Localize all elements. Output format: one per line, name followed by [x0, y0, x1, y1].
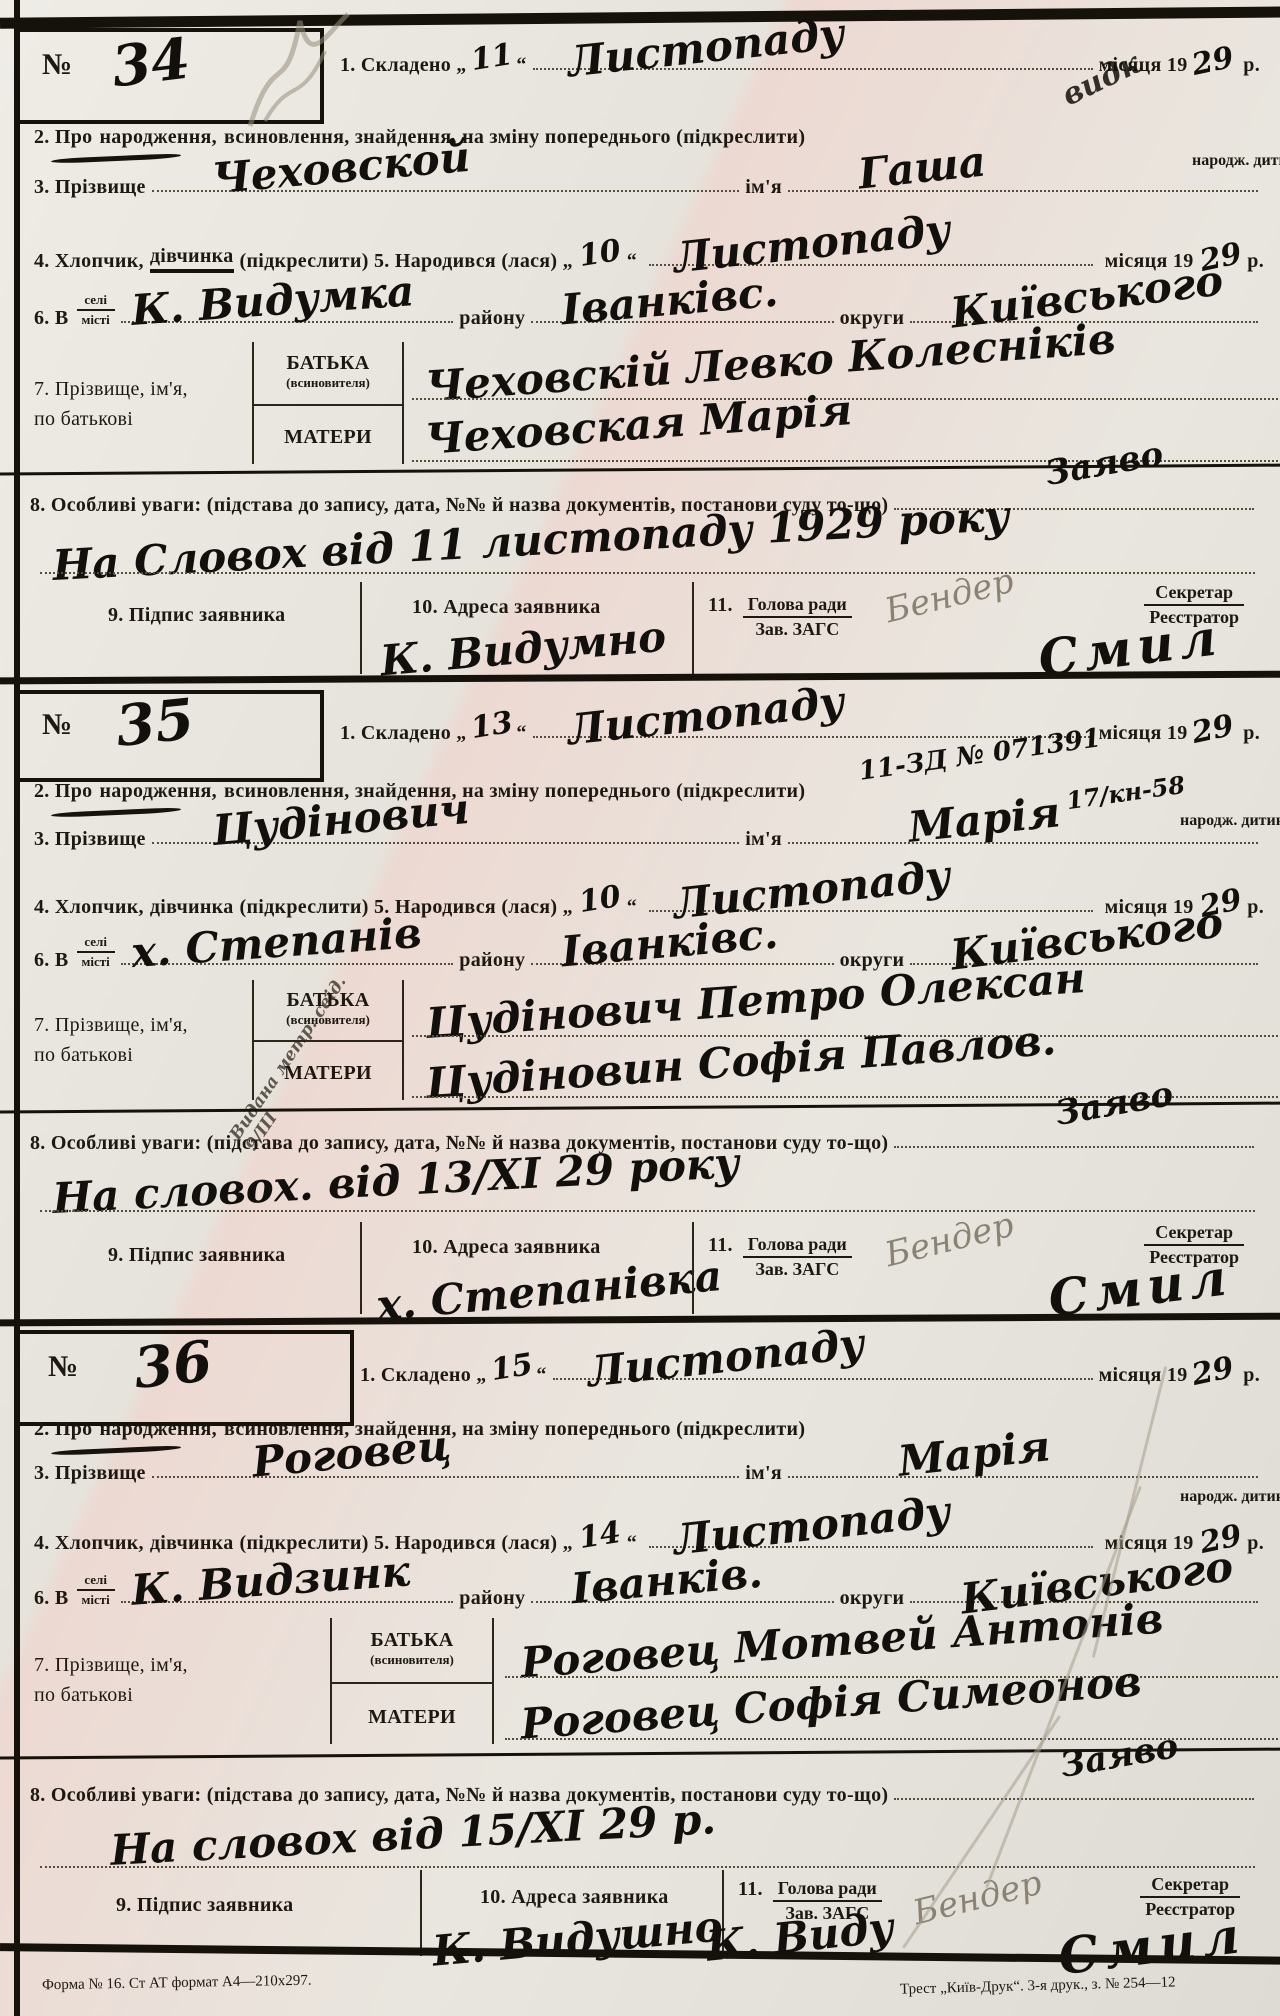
rayon-label: району [459, 307, 525, 330]
composed-row: 1. Складено „ 13 “ Листопаду місяця 19 2… [340, 708, 1260, 745]
in-label: 6. В [34, 949, 69, 972]
mother-label: МАТЕРИ [332, 1684, 492, 1729]
surname-label: 3. Прізвище [34, 1462, 146, 1485]
row-born: 4. Хлопчик, дівчинка (підкреслити) 5. На… [34, 236, 1264, 273]
record-36: № 36 1. Складено „ 15 “ Листопаду місяця… [0, 1322, 1280, 1957]
no-label: № [42, 708, 72, 742]
sex-label-girl: дівчинка [150, 896, 234, 919]
quote-mark: “ [516, 722, 526, 745]
composed-label: 1. Складено „ [360, 1364, 487, 1387]
sex-label-pre: 4. Хлопчик, [34, 896, 144, 919]
composed-month: Листопаду [585, 1319, 866, 1397]
quote-mark: “ [516, 54, 526, 77]
born-month: Листопаду [671, 205, 952, 283]
name-label: ім'я [745, 828, 782, 851]
year-suffix: р. [1243, 722, 1260, 745]
village-town-fraction: селімісті [77, 934, 115, 970]
no-label: № [48, 1350, 78, 1384]
child-note: народж. дитини [1180, 1488, 1280, 1506]
parents-box: БАТЬКА (всиновителя) МАТЕРИ [252, 980, 404, 1100]
address-handwritten: К. Видушно [430, 1901, 724, 1975]
year-suffix: р. [1247, 250, 1264, 273]
composed-label: 1. Складено „ [340, 54, 467, 77]
rayon-handwritten: Іванків. [570, 1548, 765, 1614]
composed-day: 11 [468, 37, 515, 78]
top-border [0, 6, 1280, 28]
row-parents: 7. Прізвище, ім'я, по батькові Видана ме… [0, 980, 1280, 1100]
composed-year: 29 [1188, 1350, 1236, 1393]
record-35: № 35 1. Складено „ 13 “ Листопаду місяця… [0, 682, 1280, 1322]
type-label-birth: народження, [99, 1418, 216, 1441]
parents-label-2: по батькові [34, 404, 188, 434]
row-name: 3. Прізвище Роговец ім'я Марія [34, 1462, 1264, 1485]
type-label-birth: народження, [99, 126, 216, 149]
mother-label: МАТЕРИ [254, 406, 402, 449]
row-signatures: 9. Підпис заявника 10. Адреса заявника х… [20, 1222, 1280, 1314]
name-handwritten: Марія [896, 1421, 1053, 1486]
row-born: 4. Хлопчик, дівчинка (підкреслити) 5. На… [34, 1518, 1264, 1555]
born-day: 10 [577, 233, 624, 274]
sex-label-pre: 4. Хлопчик, [34, 1532, 144, 1555]
composed-year: 29 [1188, 708, 1236, 751]
year-suffix: р. [1243, 54, 1260, 77]
okruha-label: округи [840, 307, 905, 330]
father-sublabel: (всиновителя) [332, 1652, 492, 1668]
quote-mark: “ [536, 1364, 546, 1387]
month-of-label: місяця 19 [1099, 1364, 1188, 1387]
father-sublabel: (всиновителя) [254, 1012, 402, 1028]
item-11-label: 11. [708, 1234, 733, 1257]
parents-box: БАТЬКА (всиновителя) МАТЕРИ [330, 1618, 494, 1744]
record-number-handwritten: 34 [108, 25, 193, 100]
sex-label-girl: дівчинка [150, 1532, 234, 1555]
in-label: 6. В [34, 307, 69, 330]
surname-label: 3. Прізвище [34, 176, 146, 199]
parents-box: БАТЬКА (всиновителя) МАТЕРИ [252, 342, 404, 464]
type-label-birth: народження, [99, 780, 216, 803]
composed-row: 1. Складено „ 15 “ Листопаду місяця 19 2… [360, 1350, 1260, 1387]
child-note: народж. дитини [1192, 152, 1280, 170]
name-label: ім'я [745, 1462, 782, 1485]
born-day: 10 [577, 879, 624, 920]
row-name: 3. Прізвище Чеховской ім'я Гаша [34, 176, 1264, 199]
record-number-box: № 35 [20, 690, 324, 782]
footer-form-note: Форма № 16. Ст АТ формат А4—210х297. [42, 1973, 312, 1995]
parents-label-1: 7. Прізвище, ім'я, [34, 1010, 188, 1040]
type-label-pre: 2. Про [34, 1418, 92, 1441]
row-born: 4. Хлопчик, дівчинка (підкреслити) 5. На… [34, 882, 1264, 919]
remarks-label: 8. Особливі уваги: (підстава до запису, … [30, 1784, 888, 1807]
name-label: ім'я [745, 176, 782, 199]
quote-mark: “ [627, 1532, 637, 1555]
head-signature: Бендер [909, 1863, 1046, 1933]
place-handwritten: К. Видумка [129, 266, 415, 335]
head-signature: Бендер [881, 1205, 1018, 1275]
row-signatures: 9. Підпис заявника 10. Адреса заявника К… [20, 582, 1280, 674]
footer-print-note: Трест „Київ-Друк“. 3-я друк., з. № 254—1… [900, 1974, 1176, 1998]
type-label-pre: 2. Про [34, 126, 92, 149]
composed-day: 15 [488, 1347, 535, 1388]
applicant-signature-label: 9. Підпис заявника [116, 1894, 293, 1917]
village-town-fraction: селімісті [77, 292, 115, 328]
applicant-signature-label: 9. Підпис заявника [108, 604, 285, 627]
year-suffix: р. [1247, 896, 1264, 919]
applicant-address-label: 10. Адреса заявника [412, 1236, 601, 1259]
born-day: 14 [577, 1515, 624, 1556]
registry-page: № 34 1. Складено „ 11 “ Листопаду місяця… [0, 0, 1280, 2016]
row-signatures: 9. Підпис заявника 10. Адреса заявника К… [20, 1870, 1280, 1956]
type-label-pre: 2. Про [34, 780, 92, 803]
sex-label-pre: 4. Хлопчик, [34, 250, 144, 273]
name-handwritten: Марія [906, 787, 1063, 852]
father-sublabel: (всиновителя) [254, 375, 402, 391]
mother-label: МАТЕРИ [254, 1042, 402, 1085]
father-label: БАТЬКА [332, 1618, 492, 1652]
father-label: БАТЬКА [254, 980, 402, 1012]
sex-label-girl: дівчинка [150, 245, 234, 273]
row-name: 3. Прізвище Цудінович ім'я Марія [34, 828, 1264, 851]
head-of-council-label: Голова радиЗав. ЗАГС [743, 594, 852, 640]
head-of-council-label: Голова радиЗав. ЗАГС [743, 1234, 852, 1280]
okruha-label: округи [840, 1587, 905, 1610]
no-label: № [42, 48, 72, 82]
parents-label-2: по батькові [34, 1680, 188, 1710]
father-label: БАТЬКА [254, 342, 402, 375]
applicant-address-label: 10. Адреса заявника [412, 596, 601, 619]
applicant-signature-label: 9. Підпис заявника [108, 1244, 285, 1267]
name-handwritten: Гаша [856, 136, 988, 198]
year-suffix: р. [1247, 1532, 1264, 1555]
rayon-label: району [459, 949, 525, 972]
composed-day: 13 [468, 705, 515, 746]
quote-mark: “ [627, 896, 637, 919]
remarks-label: 8. Особливі уваги: (підстава до запису, … [30, 1132, 888, 1155]
composed-month: Листопаду [565, 677, 846, 755]
village-town-fraction: селімісті [77, 1572, 115, 1608]
item-11-label: 11. [738, 1878, 763, 1901]
composed-year: 29 [1188, 40, 1236, 83]
document-number-note-2: 17/кн-58 [1065, 770, 1187, 815]
record-number-handwritten: 35 [113, 686, 197, 760]
year-suffix: р. [1243, 1364, 1260, 1387]
surname-label: 3. Прізвище [34, 828, 146, 851]
in-label: 6. В [34, 1587, 69, 1610]
remark-line: На словох. від 13/ХІ 29 року [40, 1156, 1255, 1212]
month-of-label: місяця 19 [1099, 722, 1188, 745]
composed-label: 1. Складено „ [340, 722, 467, 745]
place-handwritten: К. Видзинк [129, 1546, 411, 1614]
applicant-address-label: 10. Адреса заявника [480, 1886, 669, 1909]
record-34: № 34 1. Складено „ 11 “ Листопаду місяця… [0, 0, 1280, 682]
parents-label-2: по батькові [34, 1040, 188, 1070]
row-parents: 7. Прізвище, ім'я, по батькові БАТЬКА (в… [0, 1618, 1280, 1744]
parents-label-1: 7. Прізвище, ім'я, [34, 1650, 188, 1680]
rayon-label: району [459, 1587, 525, 1610]
remark-line: На Словох від 11 листопаду 1929 року [40, 516, 1255, 574]
parents-label-1: 7. Прізвище, ім'я, [34, 374, 188, 404]
remark-line: На словох від 15/ХІ 29 р. [40, 1810, 1255, 1868]
quote-mark: “ [627, 250, 637, 273]
address-2-handwritten: К. Виду [704, 1902, 896, 1970]
record-number-box: № 36 [20, 1330, 354, 1426]
record-number-handwritten: 36 [131, 1328, 215, 1402]
rayon-handwritten: Іванківс. [560, 267, 781, 335]
item-11-label: 11. [708, 594, 733, 617]
